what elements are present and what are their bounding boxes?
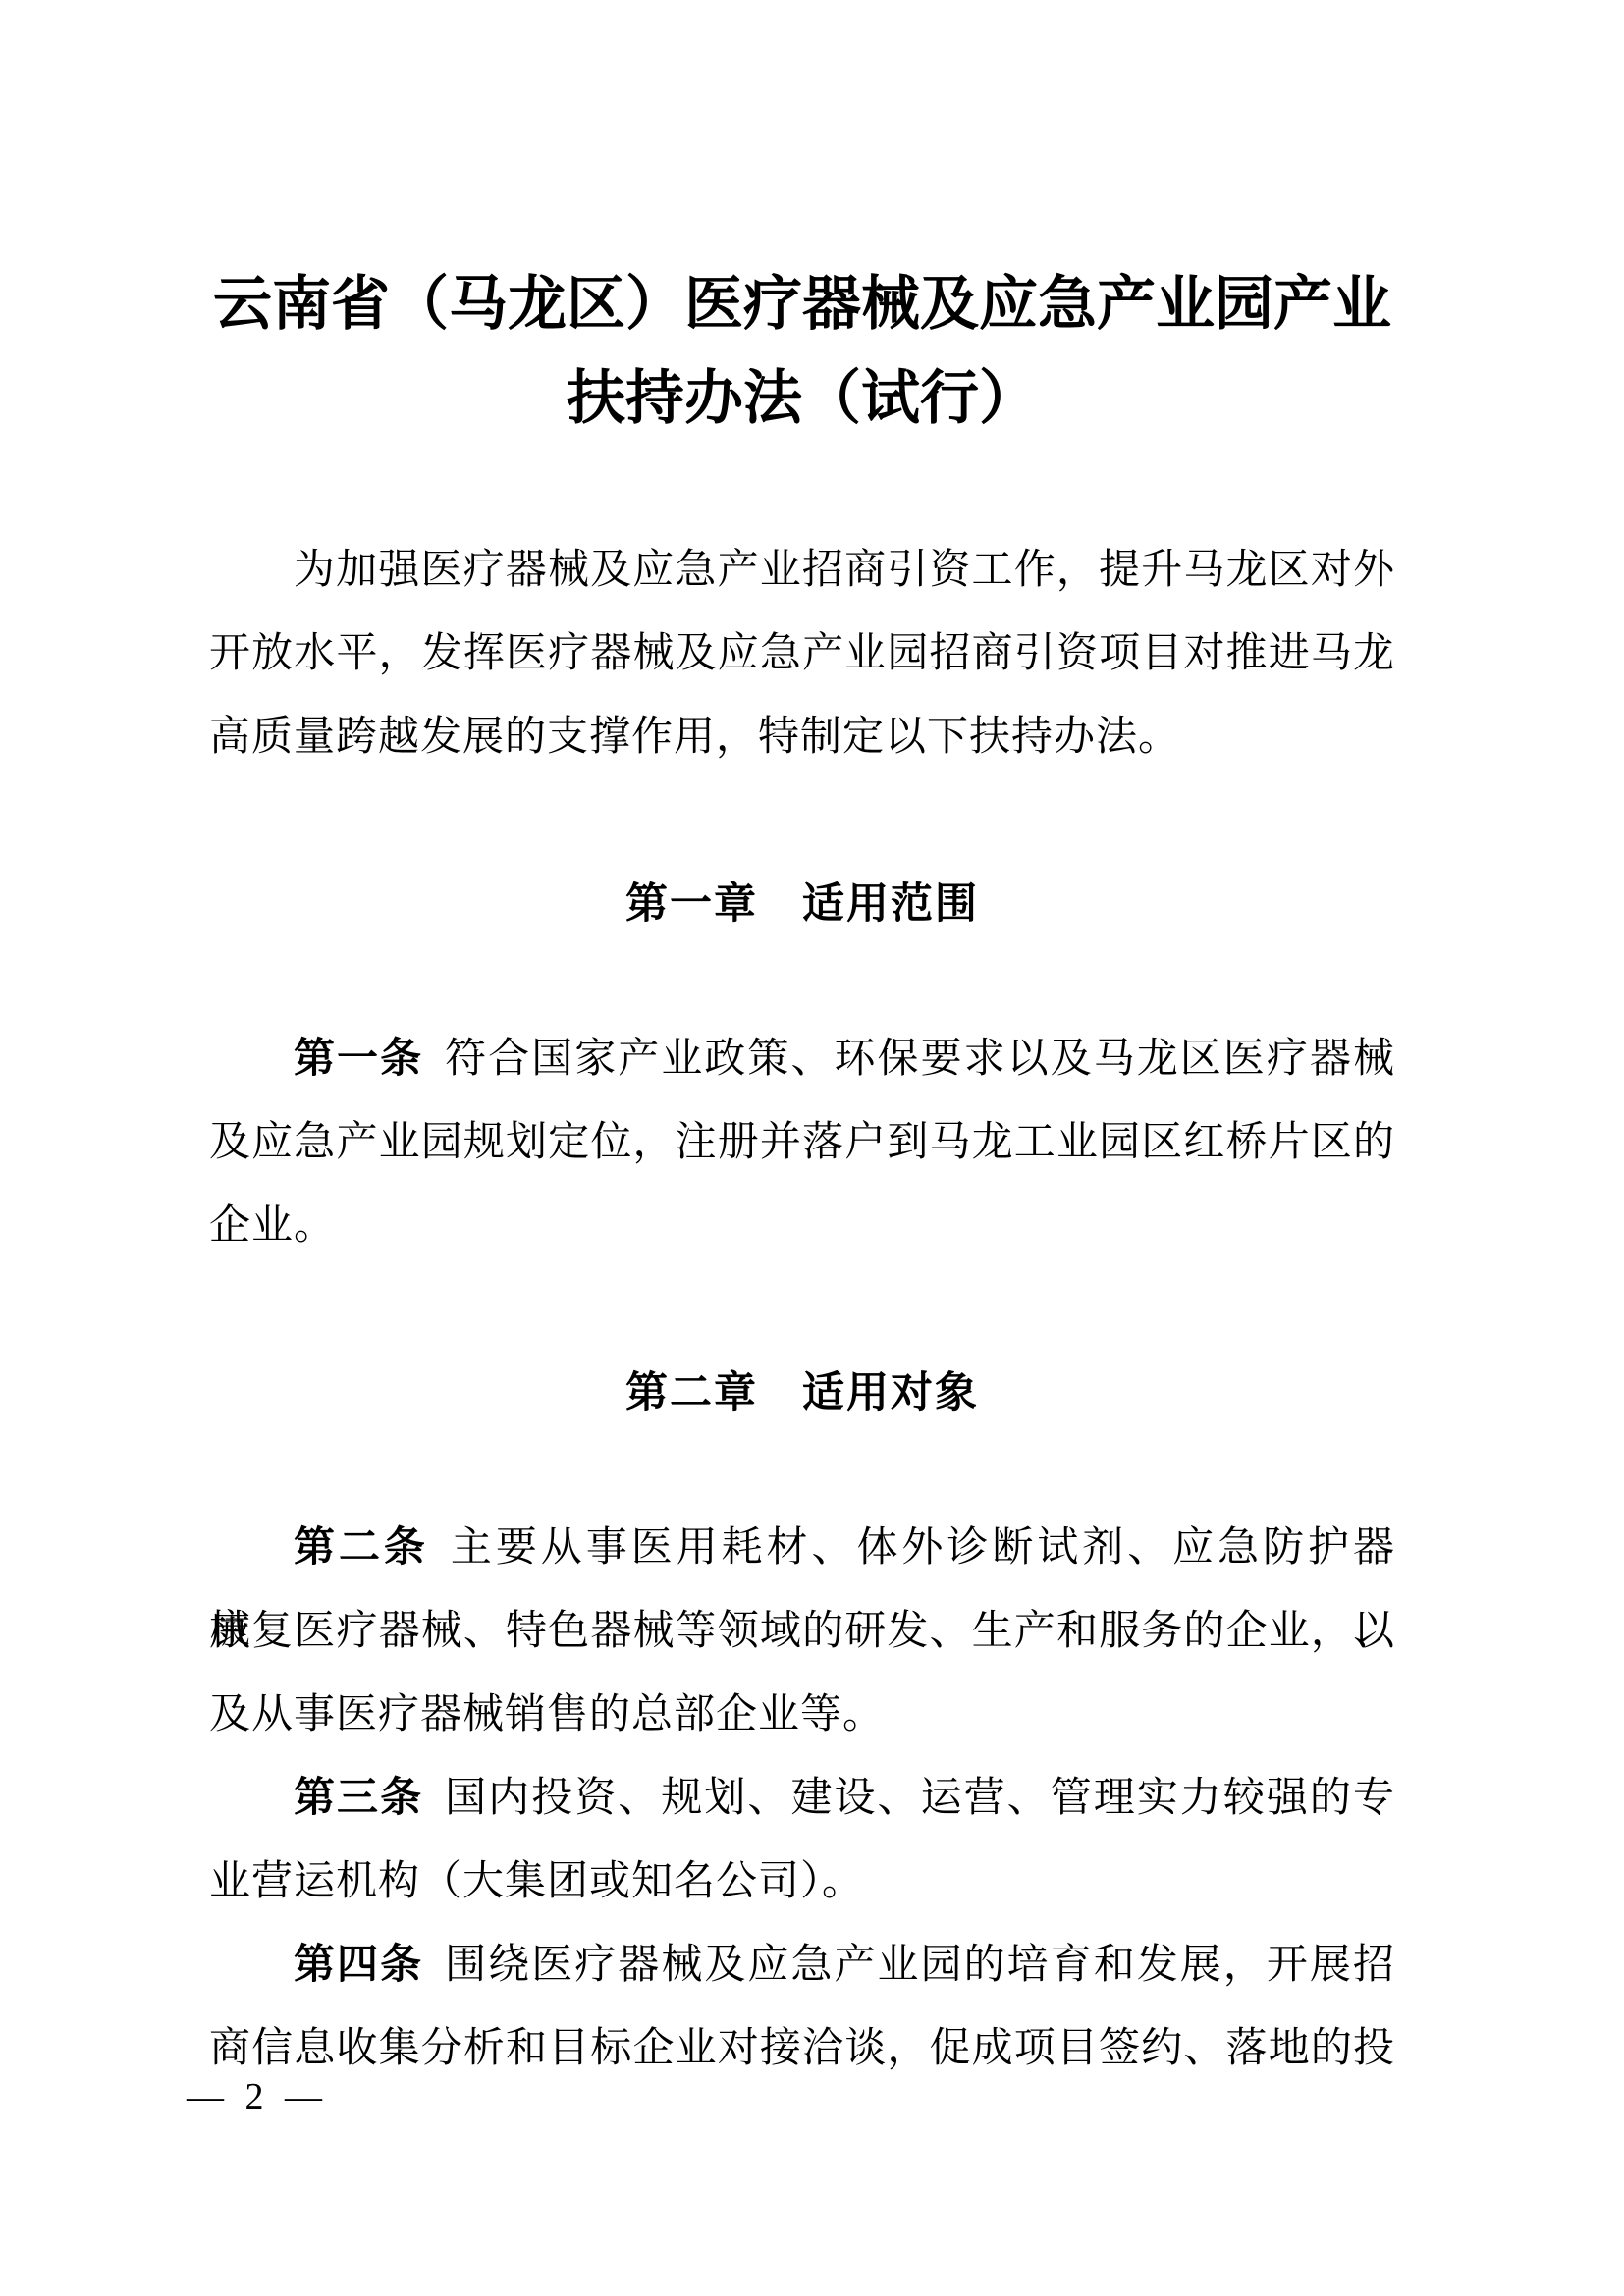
article-3-line-1-text: 国内投资、规划、建设、运营、管理实力较强的专 (445, 1776, 1395, 1821)
intro-line-3-text: 高质量跨越发展的支撑作用，特制定以下扶持办法。 (209, 715, 1180, 760)
article-2-line-3: 及从事医疗器械销售的总部企业等。 (209, 1674, 1395, 1757)
article-4-label: 第四条 (294, 1943, 423, 1988)
article-3-line-2-text: 业营运机构（大集团或知名公司）。 (209, 1859, 864, 1904)
article-1-line-2-text: 及应急产业园规划定位，注册并落户到马龙工业园区红桥片区的 (209, 1120, 1395, 1165)
intro-line-2-text: 开放水平，发挥医疗器械及应急产业园招商引资项目对推进马龙 (209, 631, 1395, 676)
intro-line-2: 开放水平，发挥医疗器械及应急产业园招商引资项目对推进马龙 (209, 613, 1395, 696)
document-title-line-1: 云南省（马龙区）医疗器械及应急产业园产业 (209, 257, 1395, 351)
article-2-line-2: 康复医疗器械、特色器械等领域的研发、生产和服务的企业，以 (209, 1590, 1395, 1674)
document-title: 云南省（马龙区）医疗器械及应急产业园产业 扶持办法（试行） (209, 257, 1395, 446)
article-2-line-3-text: 及从事医疗器械销售的总部企业等。 (209, 1692, 885, 1737)
intro-line-1: 为加强医疗器械及应急产业招商引资工作，提升马龙区对外 (209, 529, 1395, 613)
article-4-line-1-text: 围绕医疗器械及应急产业园的培育和发展，开展招 (445, 1943, 1395, 1988)
article-1-label: 第一条 (294, 1037, 423, 1082)
article-2-label: 第二条 (294, 1525, 429, 1571)
document-content: 云南省（马龙区）医疗器械及应急产业园产业 扶持办法（试行） 为加强医疗器械及应急… (209, 0, 1395, 2091)
article-3-label: 第三条 (294, 1776, 423, 1821)
article-4-line-2: 商信息收集分析和目标企业对接洽谈，促成项目签约、落地的投 (209, 2007, 1395, 2091)
intro-line-1-text: 为加强医疗器械及应急产业招商引资工作，提升马龙区对外 (294, 548, 1395, 593)
article-3-line-1: 第三条国内投资、规划、建设、运营、管理实力较强的专 (209, 1757, 1395, 1841)
chapter-1-heading: 第一章 适用范围 (209, 863, 1395, 946)
article-2-line-1: 第二条主要从事医用耗材、体外诊断试剂、应急防护器械、 (209, 1507, 1395, 1590)
document-title-line-2: 扶持办法（试行） (209, 351, 1395, 446)
article-3-line-2: 业营运机构（大集团或知名公司）。 (209, 1841, 1395, 1924)
article-1-line-1: 第一条符合国家产业政策、环保要求以及马龙区医疗器械 (209, 1018, 1395, 1101)
article-2-line-2-text: 康复医疗器械、特色器械等领域的研发、生产和服务的企业，以 (209, 1609, 1395, 1654)
article-4-line-2-text: 商信息收集分析和目标企业对接洽谈，促成项目签约、落地的投 (209, 2026, 1395, 2071)
intro-line-3: 高质量跨越发展的支撑作用，特制定以下扶持办法。 (209, 696, 1395, 779)
article-1-line-2: 及应急产业园规划定位，注册并落户到马龙工业园区红桥片区的 (209, 1101, 1395, 1185)
article-1-line-3: 企业。 (209, 1185, 1395, 1268)
article-1-line-1-text: 符合国家产业政策、环保要求以及马龙区医疗器械 (445, 1037, 1395, 1082)
document-page: 云南省（马龙区）医疗器械及应急产业园产业 扶持办法（试行） 为加强医疗器械及应急… (0, 0, 1624, 2296)
chapter-2-heading: 第二章 适用对象 (209, 1352, 1395, 1435)
page-number: — 2 — (187, 2073, 328, 2120)
article-1-line-3-text: 企业。 (209, 1203, 336, 1249)
article-4-line-1: 第四条围绕医疗器械及应急产业园的培育和发展，开展招 (209, 1924, 1395, 2007)
